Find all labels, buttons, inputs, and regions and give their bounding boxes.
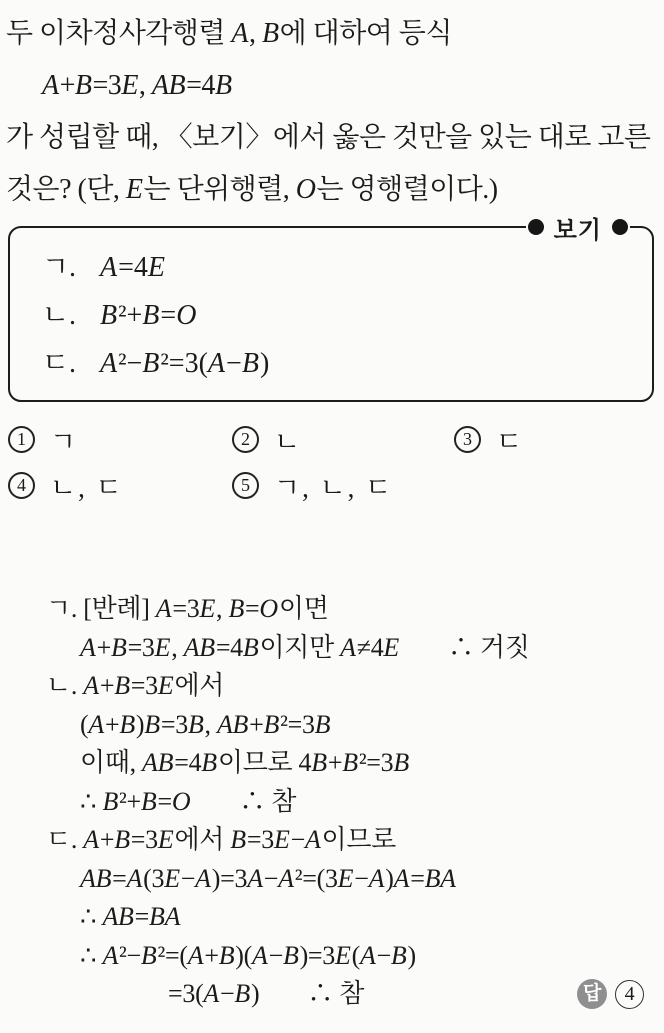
solution-line-4: (A+B)B=3B, AB+B²=3B: [6, 706, 658, 745]
choice-number: 1: [8, 426, 35, 453]
solution-result: ∴ 참: [239, 783, 296, 822]
problem-line-1: 두 이차정사각행렬 A, B에 대하여 등식: [6, 8, 658, 60]
bogi-item-3: ㄷ. A²−B²=3(A−B): [42, 340, 642, 388]
solution-text: 이때, AB=4B이므로 4B+B²=3B: [80, 744, 410, 783]
bogi-item-1: ㄱ. A=4E: [42, 244, 642, 292]
solution-result: ∴ 참: [307, 975, 364, 1014]
solution-line-7: ㄷ. A+B=3E에서 B=3E−A이므로: [6, 821, 658, 860]
solution-text: =3(A−B): [168, 975, 259, 1014]
problem-line-4: 것은? (단, E는 단위행렬, O는 영행렬이다.): [6, 164, 658, 216]
choice-1: 1 ㄱ: [8, 420, 232, 459]
solution-text: AB=A(3E−A)=3A−A²=(3E−A)A=BA: [80, 860, 457, 899]
choice-row-2: 4 ㄴ, ㄷ 5 ㄱ, ㄴ, ㄷ: [8, 462, 658, 508]
problem-line-3: 가 성립할 때, 〈보기〉에서 옳은 것만을 있는 대로 고른: [6, 112, 658, 164]
solution-text: ∴ B²+B=O: [80, 783, 191, 822]
solution-line-2: A+B=3E, AB=4B이지만 A≠4E ∴ 거짓: [6, 629, 658, 668]
choice-label: ㄱ, ㄴ, ㄷ: [274, 466, 393, 505]
solution: ㄱ. [반례] A=3E, B=O이면 A+B=3E, AB=4B이지만 A≠4…: [6, 590, 658, 1014]
solution-line-3: ㄴ. A+B=3E에서: [6, 667, 658, 706]
choice-label: ㄷ: [496, 420, 524, 459]
bullet-icon-right: [612, 219, 628, 235]
solution-line-1: ㄱ. [반례] A=3E, B=O이면: [6, 590, 658, 629]
problem-statement: 두 이차정사각행렬 A, B에 대하여 등식 A+B=3E, AB=4B 가 성…: [6, 8, 658, 216]
bogi-item-marker: ㄷ.: [42, 340, 100, 388]
choice-5: 5 ㄱ, ㄴ, ㄷ: [232, 466, 454, 505]
bogi-item-marker: ㄴ.: [42, 292, 100, 340]
bullet-icon-left: [528, 219, 544, 235]
bogi-item-2: ㄴ. B²+B=O: [42, 292, 642, 340]
solution-text: (A+B)B=3B, AB+B²=3B: [80, 706, 331, 745]
solution-line-9: ∴ AB=BA: [6, 898, 658, 937]
solution-result: ∴ 거짓: [448, 629, 530, 668]
bogi-item-marker: ㄱ.: [42, 244, 100, 292]
choice-4: 4 ㄴ, ㄷ: [8, 466, 232, 505]
choice-label: ㄴ, ㄷ: [50, 466, 124, 505]
choice-label: ㄱ: [50, 420, 78, 459]
bogi-label: 보기: [554, 210, 602, 245]
choice-number: 2: [232, 426, 259, 453]
solution-line-8: AB=A(3E−A)=3A−A²=(3E−A)A=BA: [6, 860, 658, 899]
choice-number: 5: [232, 472, 259, 499]
solution-text: A+B=3E, AB=4B이지만 A≠4E: [80, 629, 400, 668]
choice-number: 4: [8, 472, 35, 499]
choice-3: 3 ㄷ: [454, 420, 524, 459]
solution-text: ∴ A²−B²=(A+B)(A−B)=3E(A−B): [80, 937, 416, 976]
answer: 답 4: [577, 979, 644, 1009]
page: 두 이차정사각행렬 A, B에 대하여 등식 A+B=3E, AB=4B 가 성…: [0, 0, 664, 1014]
solution-line-6: ∴ B²+B=O ∴ 참: [6, 783, 658, 822]
bogi-box: 보기 ㄱ. A=4E ㄴ. B²+B=O ㄷ. A²−B²=3(A−B): [8, 226, 654, 402]
answer-number: 4: [615, 980, 644, 1009]
bogi-item-formula: A²−B²=3(A−B): [100, 340, 269, 388]
solution-text: ㄴ. A+B=3E에서: [46, 667, 224, 706]
solution-text: ∴ AB=BA: [80, 898, 181, 937]
problem-equation: A+B=3E, AB=4B: [6, 60, 658, 112]
solution-line-5: 이때, AB=4B이므로 4B+B²=3B: [6, 744, 658, 783]
solution-text: ㄷ. A+B=3E에서 B=3E−A이므로: [46, 821, 396, 860]
choice-2: 2 ㄴ: [232, 420, 454, 459]
choice-row-1: 1 ㄱ 2 ㄴ 3 ㄷ: [8, 416, 658, 462]
choice-number: 3: [454, 426, 481, 453]
solution-line-11: =3(A−B) ∴ 참 답 4: [6, 975, 658, 1014]
bogi-item-formula: B²+B=O: [100, 292, 197, 340]
choice-label: ㄴ: [274, 420, 302, 459]
bogi-header: 보기: [526, 213, 630, 241]
answer-badge: 답: [577, 979, 607, 1009]
choices: 1 ㄱ 2 ㄴ 3 ㄷ 4 ㄴ, ㄷ 5 ㄱ, ㄴ, ㄷ: [6, 416, 658, 508]
solution-text: ㄱ. [반례] A=3E, B=O이면: [46, 590, 329, 629]
bogi-item-formula: A=4E: [100, 244, 166, 292]
solution-line-10: ∴ A²−B²=(A+B)(A−B)=3E(A−B): [6, 937, 658, 976]
